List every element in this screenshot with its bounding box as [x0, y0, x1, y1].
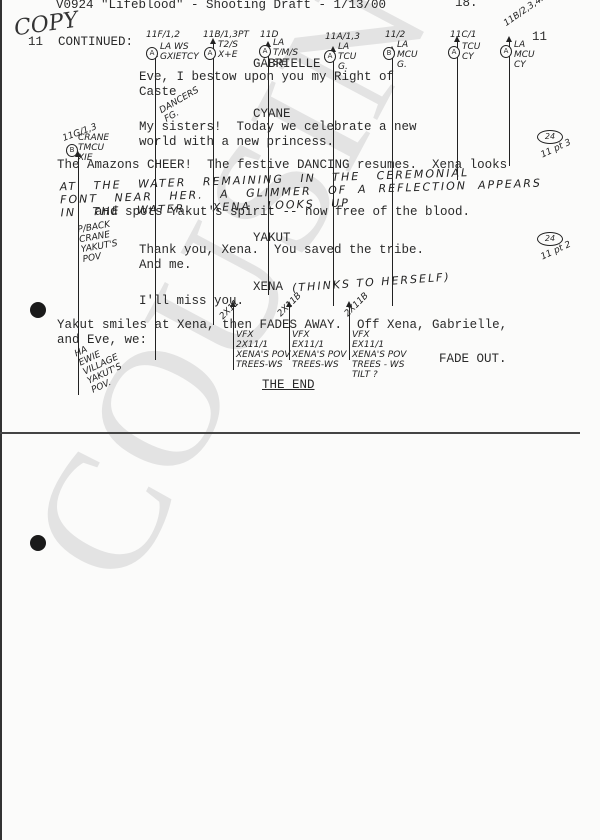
vfx-note: VFX 2X11/1 XENA'S POV TREES-WS: [236, 330, 290, 370]
shot-notes: T2/S X+E: [218, 40, 238, 60]
vfx-note: VFX EX11/1 XENA'S POV TREES - WS TILT ?: [352, 330, 406, 380]
shot-notes: LA WS GXIETCY: [160, 42, 199, 62]
camera-label: A: [324, 50, 336, 63]
page-edge: [0, 0, 2, 840]
shot-line-11b2: [509, 40, 510, 166]
page-divider: [0, 432, 580, 434]
page-number: 18.: [455, 0, 478, 11]
shot-id: 11F/1,2: [146, 30, 180, 40]
vfx-note: VFX EX11/1 XENA'S POV TREES-WS: [292, 330, 346, 370]
script-page: COUSIN Z V0924 "Lifeblood" - Shooting Dr…: [0, 0, 600, 840]
header-title: V0924 "Lifeblood" - Shooting Draft - 1/1…: [56, 0, 386, 13]
camera-label: A: [204, 47, 216, 60]
camera-label: A: [146, 47, 158, 60]
shot-notes: LA MCU CY: [514, 40, 535, 70]
the-end: THE END: [262, 378, 315, 393]
shot-id: 11B/2,3,4PT: [502, 0, 552, 29]
punch-hole: [30, 302, 46, 318]
dialogue-yakut: Thank you, Xena. You saved the tribe. An…: [139, 243, 424, 273]
shot-id: 11/2: [385, 30, 405, 40]
camera-label: A: [259, 45, 271, 58]
shot-id: 11B/1,3PT: [203, 30, 249, 40]
punch-hole: [30, 535, 46, 551]
note-pback: P/BACK CRANE YAKUT'S POV: [77, 219, 120, 265]
shot-id: 11A/1,3: [325, 32, 360, 42]
camera-label: A: [500, 45, 512, 58]
shot-id: 11C/1: [450, 30, 477, 40]
camera-label: B: [383, 47, 395, 60]
note-11g: CRANE TMCU XIE: [78, 133, 109, 163]
transition-fade-out: FADE OUT.: [439, 352, 507, 367]
camera-label: A: [448, 46, 460, 59]
shot-notes: LA T/M/S SIE: [273, 38, 298, 68]
shot-notes: LA TCU G.: [338, 42, 356, 72]
character-xena: XENA: [253, 280, 283, 295]
camera-label-b: B: [66, 144, 78, 157]
shot-notes: TCU CY: [462, 42, 480, 62]
dialogue-cyane: My sisters! Today we celebrate a new wor…: [139, 120, 417, 150]
shot-notes: LA MCU G.: [397, 40, 418, 70]
